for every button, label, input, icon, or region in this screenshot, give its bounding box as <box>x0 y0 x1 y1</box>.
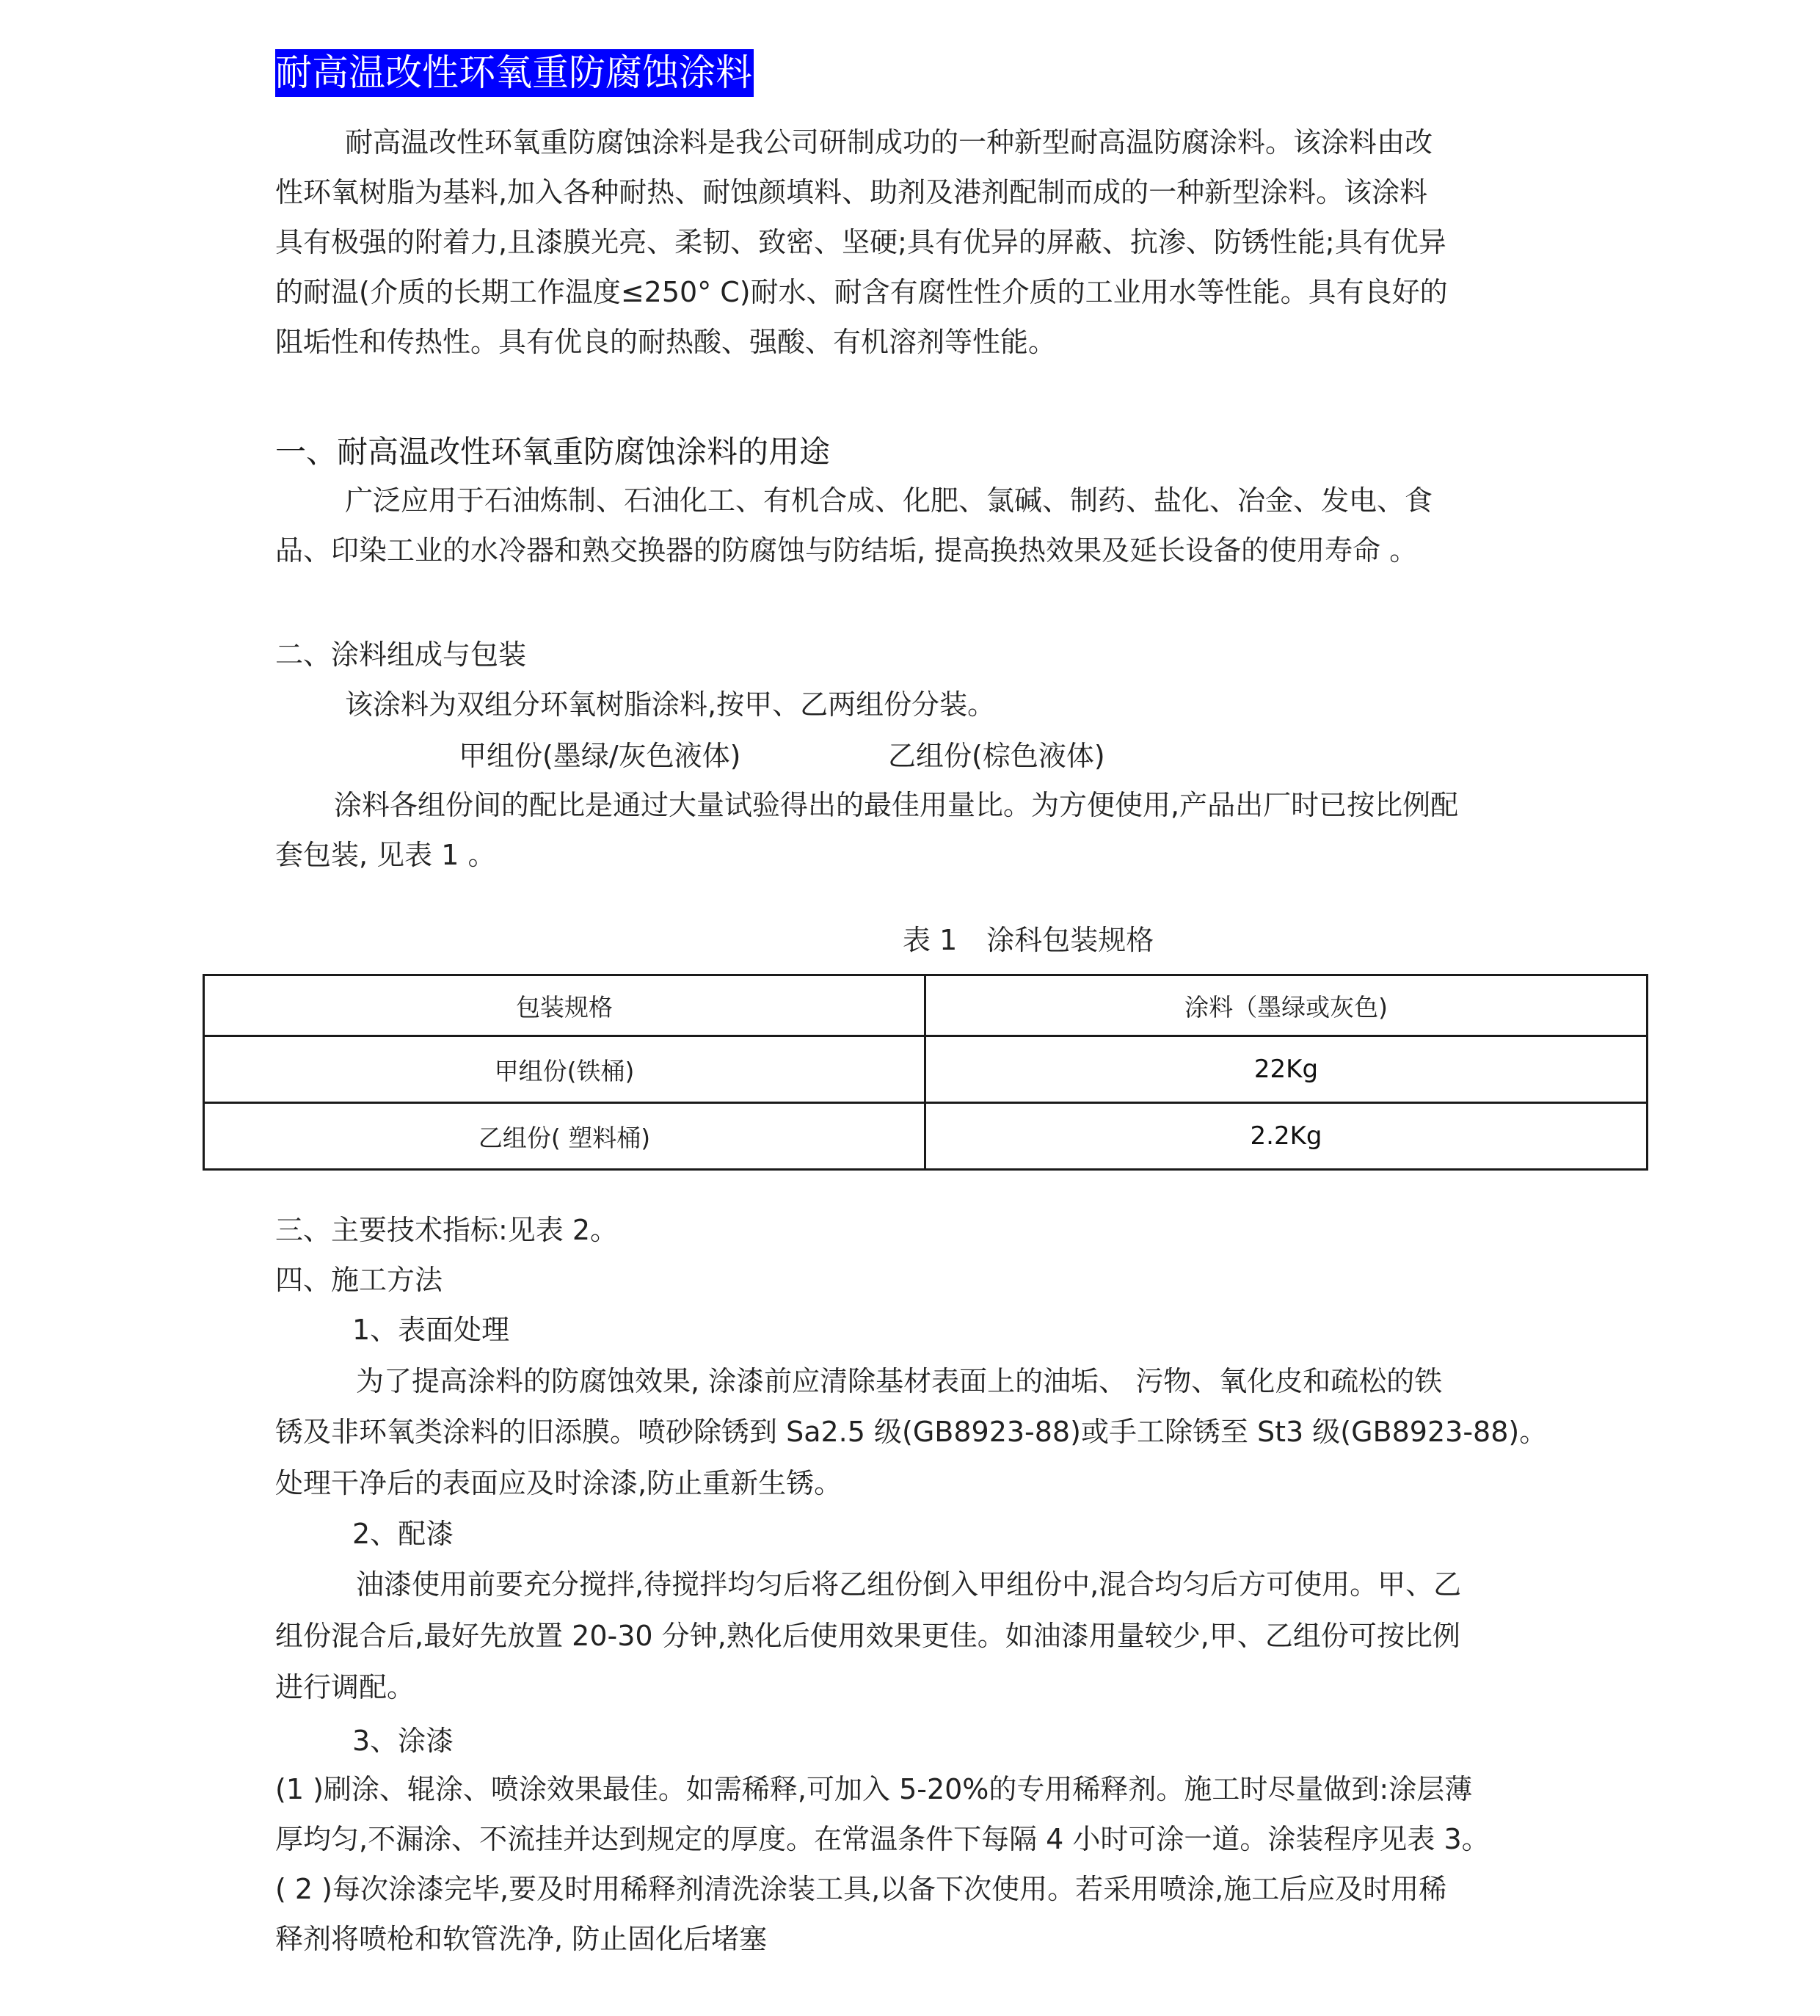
table-1-caption: 表 1涂科包装规格 <box>903 921 1154 959</box>
subsection-3-line: 释剂将喷枪和软管洗净, 防止固化后堵塞 <box>275 1920 767 1958</box>
subsection-2-heading: 2、配漆 <box>352 1515 454 1553</box>
table-1-caption-text: 涂科包装规格 <box>986 924 1154 956</box>
document-title: 耐高温改性环氧重防腐蚀涂料 <box>275 49 754 97</box>
component-b-label: 乙组份(棕色液体) <box>888 737 1105 775</box>
table-cell: 甲组份(铁桶) <box>204 1036 925 1103</box>
packaging-spec-table: 包装规格 涂料（墨绿或灰色) 甲组份(铁桶) 22Kg 乙组份( 塑料桶) 2.… <box>203 974 1648 1171</box>
section-1-line: 品、印染工业的水冷器和熟交换器的防腐蚀与防结垢, 提高换热效果及延长设备的使用寿… <box>275 531 1417 569</box>
subsection-1-line: 为了提高涂料的防腐蚀效果, 涂漆前应清除基材表面上的油垢、 污物、氧化皮和疏松的… <box>356 1362 1442 1400</box>
section-1-line: 广泛应用于石油炼制、石油化工、有机合成、化肥、氯碱、制药、盐化、冶金、发电、食 <box>345 481 1433 520</box>
intro-line: 具有极强的附着力,且漆膜光亮、柔韧、致密、坚硬;具有优异的屏蔽、抗渗、防锈性能;… <box>275 223 1446 261</box>
subsection-3-line: (1 )刷涂、辊涂、喷涂效果最佳。如需稀释,可加入 5-20%的专用稀释剂。施工… <box>275 1770 1472 1808</box>
section-3-heading: 三、主要技术指标:见表 2。 <box>275 1211 618 1249</box>
subsection-2-line: 油漆使用前要充分搅拌,待搅拌均匀后将乙组份倒入甲组份中,混合均匀后方可使用。甲、… <box>356 1565 1461 1604</box>
section-2-line: 套包装, 见表 1 。 <box>275 836 496 874</box>
subsection-2-line: 组份混合后,最好先放置 20-30 分钟,熟化后使用效果更佳。如油漆用量较少,甲… <box>275 1617 1460 1655</box>
table-row: 甲组份(铁桶) 22Kg <box>204 1036 1648 1103</box>
table-header-cell: 包装规格 <box>204 975 925 1036</box>
component-a-label: 甲组份(墨绿/灰色液体) <box>459 737 740 775</box>
table-row: 乙组份( 塑料桶) 2.2Kg <box>204 1103 1648 1170</box>
section-4-heading: 四、施工方法 <box>275 1261 443 1299</box>
intro-line: 性环氧树脂为基料,加入各种耐热、耐蚀颜填料、助剂及港剂配制而成的一种新型涂料。该… <box>275 173 1427 211</box>
table-cell: 乙组份( 塑料桶) <box>204 1103 925 1170</box>
table-header-cell: 涂料（墨绿或灰色) <box>925 975 1648 1036</box>
subsection-1-line: 锈及非环氧类涂料的旧添膜。喷砂除锈到 Sa2.5 级(GB8923-88)或手工… <box>275 1413 1547 1451</box>
subsection-3-line: ( 2 )每次涂漆完毕,要及时用稀释剂清洗涂装工具,以备下次使用。若采用喷涂,施… <box>275 1870 1446 1908</box>
table-cell: 2.2Kg <box>925 1103 1648 1170</box>
subsection-1-line: 处理干净后的表面应及时涂漆,防止重新生锈。 <box>275 1464 842 1502</box>
intro-line: 的耐温(介质的长期工作温度≤250° C)耐水、耐含有腐性性介质的工业用水等性能… <box>275 273 1448 311</box>
table-header-row: 包装规格 涂料（墨绿或灰色) <box>204 975 1648 1036</box>
table-1-caption-number: 表 1 <box>903 924 957 956</box>
section-2-heading: 二、涂料组成与包装 <box>275 636 526 674</box>
intro-line: 耐高温改性环氧重防腐蚀涂料是我公司研制成功的一种新型耐高温防腐涂料。该涂料由改 <box>345 123 1433 161</box>
section-2-line: 涂料各组份间的配比是通过大量试验得出的最佳用量比。为方便使用,产品出厂时已按比例… <box>334 786 1458 824</box>
subsection-2-line: 进行调配。 <box>275 1668 415 1706</box>
table-cell: 22Kg <box>925 1036 1648 1103</box>
intro-line: 阻垢性和传热性。具有优良的耐热酸、强酸、有机溶剂等性能。 <box>275 323 1056 361</box>
subsection-3-heading: 3、涂漆 <box>352 1722 454 1760</box>
document-page: 耐高温改性环氧重防腐蚀涂料 耐高温改性环氧重防腐蚀涂料是我公司研制成功的一种新型… <box>0 0 1820 2016</box>
subsection-3-line: 厚均匀,不漏涂、不流挂并达到规定的厚度。在常温条件下每隔 4 小时可涂一道。涂装… <box>275 1820 1490 1858</box>
section-2-line: 该涂料为双组分环氧树脂涂料,按甲、乙两组份分装。 <box>345 685 995 724</box>
section-1-heading: 一、耐高温改性环氧重防腐蚀涂料的用途 <box>275 433 830 471</box>
subsection-1-heading: 1、表面处理 <box>352 1311 509 1349</box>
